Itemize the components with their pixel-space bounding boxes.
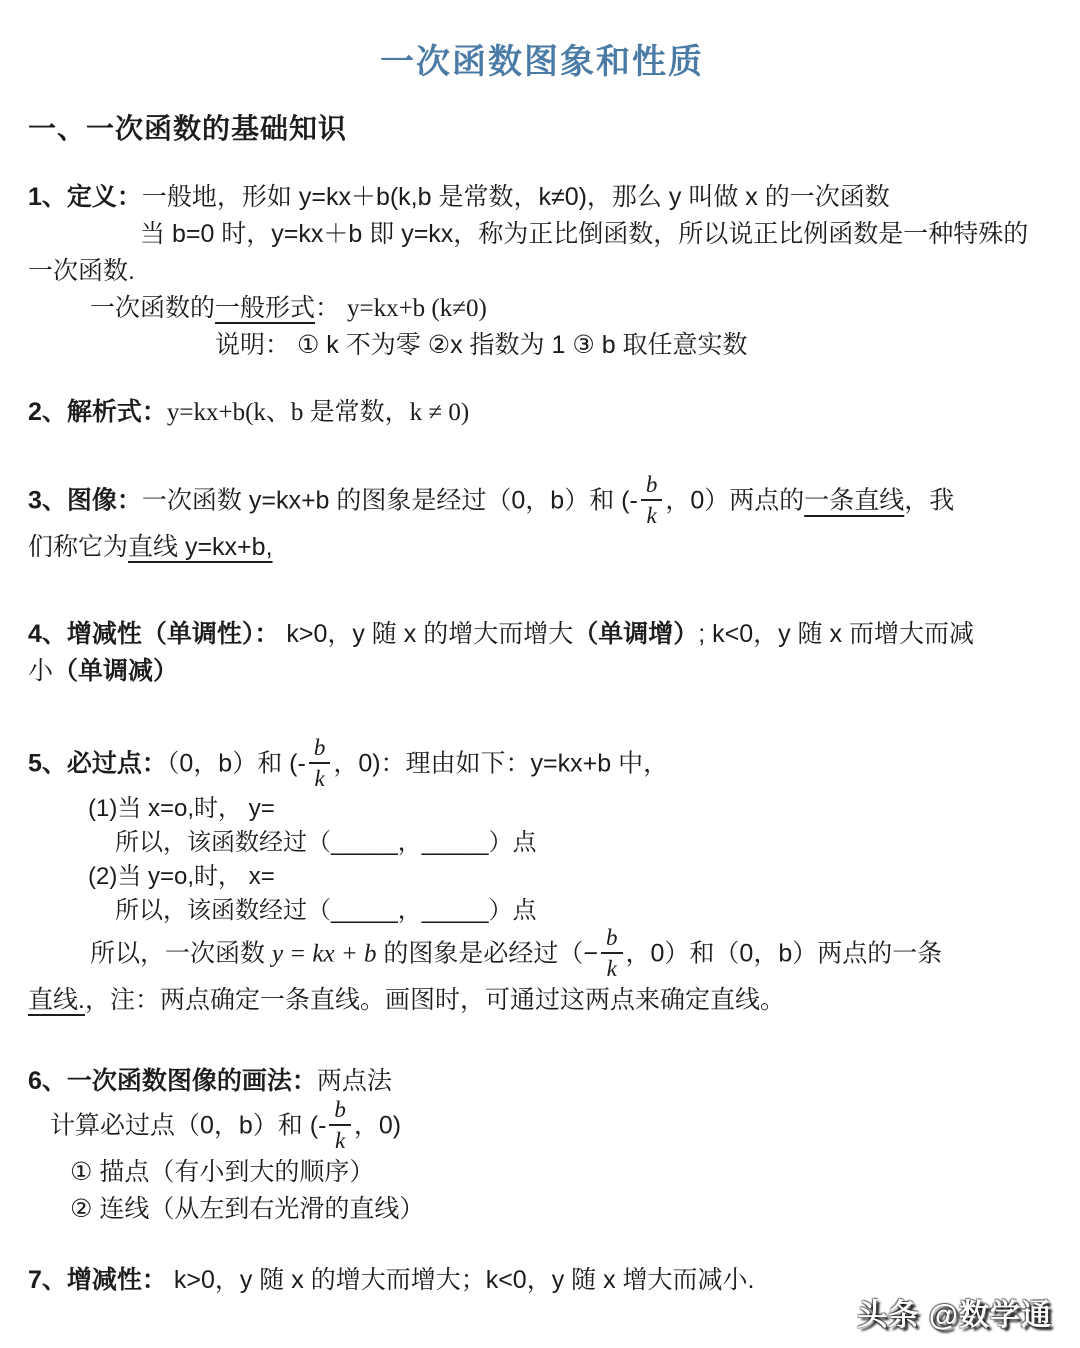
item-6-label: 6、一次函数图像的画法： [28, 1067, 317, 1095]
item-3-text-2: ，0）两点的 [665, 487, 804, 515]
item-5-case-1: (1)当 x=o,时， y= [88, 795, 275, 822]
item-6-calc-prefix: 计算必过点（0，b）和 (- [50, 1112, 326, 1140]
item-5-line-1: 5、必过点：（0，b）和 (-bk，0)：理由如下：y=kx+b 中， [28, 738, 1056, 792]
fraction-b-over-k: bk [309, 736, 331, 790]
item-1-general-form-formula: y=kx+b (k≠0) [347, 295, 487, 322]
fraction-b-over-k: bk [641, 473, 663, 527]
fraction-b-over-k: bk [601, 926, 623, 980]
item-3-line-1: 3、图像：一次函数 y=kx+b 的图象是经过（0，b）和 (-bk，0）两点的… [28, 475, 1056, 529]
fraction-b-over-k: bk [329, 1098, 351, 1152]
item-6-method: 两点法 [317, 1067, 392, 1095]
item-4-monotonicity: 4、增减性（单调性）： k>0，y 随 x 的增大而增大（单调增）; k<0，y… [28, 616, 1056, 690]
item-6-step-2-text: ② 连线（从左到右光滑的直线） [70, 1195, 424, 1223]
item-1-text-1: 一般地，形如 y=kx＋b(k,b 是常数，k≠0)，那么 y 叫做 x 的一次… [142, 183, 890, 211]
item-4-line-1: 4、增减性（单调性）： k>0，y 随 x 的增大而增大（单调增）; k<0，y… [28, 616, 1056, 653]
fraction-denominator: k [641, 501, 663, 527]
item-6-step-2: ② 连线（从左到右光滑的直线） [70, 1191, 1056, 1228]
item-1-line-3: 一次函数. [28, 253, 1056, 290]
item-5-fixed-points: 5、必过点：（0，b）和 (-bk，0)：理由如下：y=kx+b 中， (1)当… [28, 738, 1056, 1019]
item-1-general-form-prefix: 一次函数的 [90, 294, 215, 322]
item-5-final-underlined: 直线. [28, 986, 85, 1014]
item-7-text: k>0，y 随 x 的增大而增大；k<0，y 随 x 增大而减小. [167, 1266, 755, 1294]
section-heading: 一、一次函数的基础知识 [28, 107, 1056, 147]
item-3-text-3: ，我 [904, 487, 954, 515]
item-5-conclusion-formula: y = kx + b [272, 941, 377, 968]
item-2-line: 2、解析式：y=kx+b(k、b 是常数，k ≠ 0) [28, 394, 1056, 431]
item-1-definition: 1、定义：一般地，形如 y=kx＋b(k,b 是常数，k≠0)，那么 y 叫做 … [28, 179, 1056, 364]
item-5-sub-1: (1)当 x=o,时， y= [88, 792, 1056, 826]
item-7-label: 7、增减性： [28, 1266, 167, 1294]
item-1-text-2: 当 b=0 时，y=kx＋b 即 y=kx，称为正比倒函数，所以说正比例函数是一… [140, 220, 1028, 248]
item-5-sub-2: 所以，该函数经过（_____，_____）点 [115, 826, 1056, 860]
item-6-line-1: 6、一次函数图像的画法：两点法 [28, 1063, 1056, 1100]
item-5-blank-2: 所以，该函数经过（_____，_____）点 [115, 897, 536, 924]
item-5-sub-4: 所以，该函数经过（_____，_____）点 [115, 894, 1056, 928]
item-1-label: 1、定义： [28, 183, 142, 211]
item-1-line-4: 一次函数的一般形式： y=kx+b (k≠0) [90, 290, 1056, 327]
item-4-bold-increasing: （单调增） [573, 620, 698, 648]
item-2-expression: 2、解析式：y=kx+b(k、b 是常数，k ≠ 0) [28, 394, 1056, 431]
item-1-line-1: 1、定义：一般地，形如 y=kx＋b(k,b 是常数，k≠0)，那么 y 叫做 … [28, 179, 1056, 216]
item-5-final-note: ，注：两点确定一条直线。画图时，可通过这两点来确定直线。 [85, 986, 785, 1014]
page-title: 一次函数图象和性质 [28, 34, 1056, 83]
item-6-drawing-method: 6、一次函数图像的画法：两点法 计算必过点（0，b）和 (-bk，0) ① 描点… [28, 1063, 1056, 1228]
item-5-blank-1: 所以，该函数经过（_____，_____）点 [115, 829, 536, 856]
item-5-label: 5、必过点： [28, 750, 167, 778]
item-5-sub-3: (2)当 y=o,时， x= [88, 860, 1056, 894]
item-3-line-2: 们称它为直线 y=kx+b, [28, 529, 1056, 566]
item-3-text-4: 们称它为 [28, 533, 128, 561]
fraction-numerator: b [309, 736, 331, 764]
item-6-step-1-text: ① 描点（有小到大的顺序） [70, 1158, 374, 1186]
fraction-numerator: b [601, 926, 623, 954]
item-1-text-3: 一次函数. [28, 257, 135, 285]
fraction-numerator: b [641, 473, 663, 501]
item-5-conclusion-prefix: 所以，一次函数 [90, 940, 272, 968]
item-1-general-form-colon: ： [315, 294, 347, 322]
toutiao-watermark: 头条 @数学通 [857, 1290, 1052, 1334]
item-1-line-2: 当 b=0 时，y=kx＋b 即 y=kx，称为正比倒函数，所以说正比例函数是一… [140, 216, 1056, 253]
item-3-text-1: 一次函数 y=kx+b 的图象是经过（0，b）和 (- [142, 487, 638, 515]
item-3-label: 3、图像： [28, 487, 142, 515]
item-3-underlined-line: 一条直线 [804, 487, 904, 515]
document-page: 一次函数图象和性质 一、一次函数的基础知识 1、定义：一般地，形如 y=kx＋b… [0, 0, 1080, 1299]
item-6-calc-tail: ，0) [354, 1112, 401, 1140]
item-5-conclusion-tail: ，0）和（0，b）两点的一条 [626, 940, 943, 968]
item-4-label: 4、增减性（单调性）： [28, 620, 279, 648]
item-2-label: 2、解析式： [28, 398, 167, 426]
item-6-step-1: ① 描点（有小到大的顺序） [70, 1154, 1056, 1191]
item-2-formula: y=kx+b(k、b 是常数，k ≠ 0) [167, 399, 469, 426]
item-5-text-1: （0，b）和 (- [167, 750, 306, 778]
item-1-notes: 说明： ① k 不为零 ②x 指数为 1 ③ b 取任意实数 [215, 331, 748, 359]
item-5-text-2: ，0)：理由如下：y=kx+b 中， [333, 750, 668, 778]
item-4-line-2: 小（单调减） [28, 653, 1056, 690]
item-4-text-3: 小 [28, 657, 53, 685]
fraction-denominator: k [309, 764, 331, 790]
item-4-bold-decreasing: （单调减） [53, 657, 178, 685]
item-1-line-5: 说明： ① k 不为零 ②x 指数为 1 ③ b 取任意实数 [215, 327, 1056, 364]
item-5-conclusion-mid: 的图象是必经过（− [376, 940, 598, 968]
item-5-case-2: (2)当 y=o,时， x= [88, 863, 275, 890]
fraction-denominator: k [601, 954, 623, 980]
item-3-underlined-formula: 直线 y=kx+b, [128, 533, 273, 561]
fraction-denominator: k [329, 1126, 351, 1152]
item-3-graph: 3、图像：一次函数 y=kx+b 的图象是经过（0，b）和 (-bk，0）两点的… [28, 475, 1056, 566]
item-1-general-form-underlined: 一般形式 [215, 294, 315, 322]
fraction-numerator: b [329, 1098, 351, 1126]
item-6-line-2: 计算必过点（0，b）和 (-bk，0) [50, 1100, 1056, 1154]
item-4-text-1: k>0，y 随 x 的增大而增大 [279, 620, 573, 648]
item-5-conclusion-line: 所以，一次函数 y = kx + b 的图象是必经过（−bk，0）和（0，b）两… [90, 928, 1056, 982]
item-4-text-2: ; k<0，y 随 x 而增大而减 [698, 620, 974, 648]
item-5-final-line: 直线.，注：两点确定一条直线。画图时，可通过这两点来确定直线。 [28, 982, 1056, 1019]
